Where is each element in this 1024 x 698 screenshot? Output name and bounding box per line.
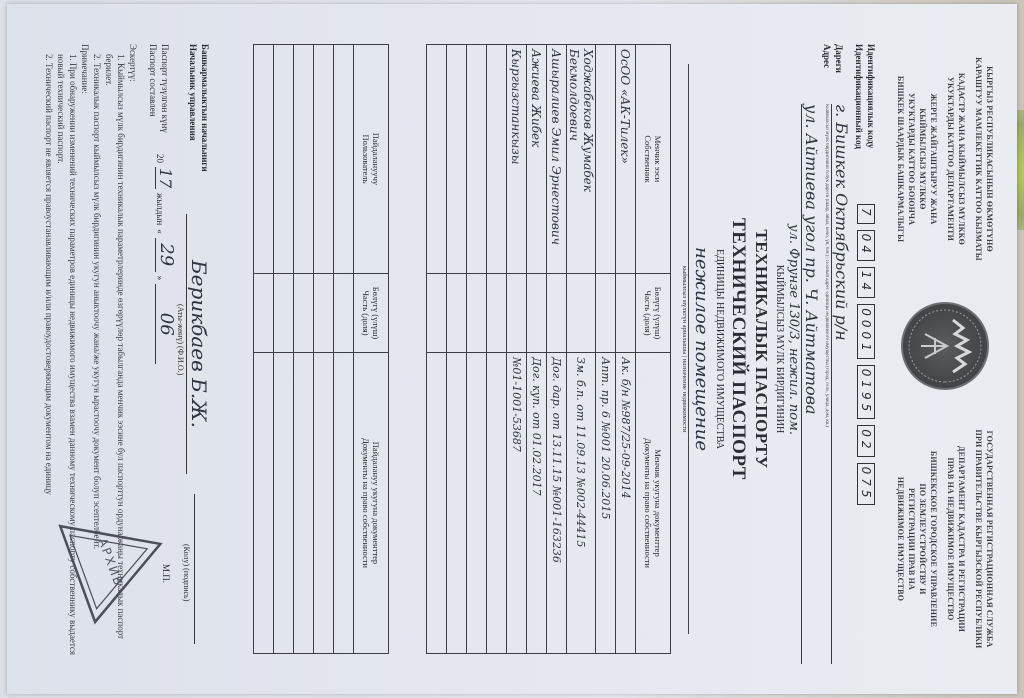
address-hint: Кыймылсыз мүлк бирдигинин толук дареги (… — [824, 104, 829, 664]
note-ru-2: 2. Технический паспорт не является право… — [43, 44, 55, 664]
owner-row: Ажиева ЖибекДог. куп. от 01.02.2017 — [527, 45, 547, 654]
cell-owner — [447, 45, 467, 274]
owner-row — [447, 45, 467, 654]
cell-doc — [294, 353, 314, 654]
cell-share — [547, 274, 567, 353]
col-share: Бөлүгү (үлүш) Часть (доля) — [636, 274, 671, 353]
owners-table: Менчик ээси Собственник Бөлүгү (үлүш) Ча… — [426, 44, 671, 654]
id-code-label: Идентификациялык коду Идентификационный … — [853, 44, 877, 149]
cell-share — [274, 274, 294, 353]
cell-doc: Зм. б.п. от 11.09.13 №002-44415 — [567, 353, 596, 654]
owner-row — [467, 45, 487, 654]
cell-user — [314, 45, 334, 274]
passport-date-label-ru: Паспорт составлен — [147, 44, 159, 133]
cell-owner: Кыргызстанкызы — [507, 45, 527, 274]
user-row — [274, 45, 294, 654]
address-label: Дареги Адрес — [821, 44, 845, 73]
users-table: Пайдалануучу Пользователь Бөлүгү (үлүш) … — [253, 44, 389, 654]
owner-row: Кыргызстанкызы№01-1001-53687 — [507, 45, 527, 654]
cell-share — [334, 274, 354, 353]
address-label-ru: Адрес — [821, 44, 833, 73]
cell-doc: №01-1001-53687 — [507, 353, 527, 654]
title-pre-ky: КЫЙМЫЛСЫЗ МҮЛК БИРДИГИНИН — [774, 4, 785, 694]
cell-owner — [596, 45, 616, 274]
cell-doc — [467, 353, 487, 654]
passport-date: 20 17 жылдын « 29 » 06 — [155, 154, 177, 364]
header-line: ПО ЗЕМЛЕУСТРОЙСТВУ И — [917, 414, 928, 664]
header-russian: ГОСУДАРСТВЕННАЯ РЕГИСТРАЦИОННАЯ СЛУЖБА П… — [895, 414, 995, 664]
user-row — [294, 45, 314, 654]
technical-passport-sheet: КЫРГЫЗ РЕСПУБЛИКАСЫНЫН ӨКМӨТҮНӨ КАРАШТУУ… — [7, 4, 1017, 694]
header-line: УКУКТАРДЫ КАТТОО ДЕПАРТАМЕНТИ — [945, 44, 956, 274]
owner-row — [427, 45, 447, 654]
users-table-header: Пайдалануучу Пользователь Бөлүгү (үлүш) … — [354, 45, 389, 654]
cell-doc — [334, 353, 354, 654]
header-line: КЫЙМЫЛСЫЗ МҮЛККӨ — [917, 44, 928, 274]
header-line: ДЕПАРТАМЕНТ КАДАСТРА И РЕГИСТРАЦИИ — [956, 414, 967, 664]
cell-doc — [447, 353, 467, 654]
cell-user — [294, 45, 314, 274]
cell-owner: ОсОО «АК-Тилек» — [616, 45, 636, 274]
header-line: ПРИ ПРАВИТЕЛЬСТВЕ КЫРГЫЗСКОЙ РЕСПУБЛИКИ — [973, 414, 984, 664]
cell-user — [274, 45, 294, 274]
cell-doc — [314, 353, 334, 654]
passport-date-label-ky: Паспорт түзүлгөн күнү — [159, 44, 171, 133]
id-code-group: 7 — [857, 204, 875, 224]
purpose-value: нежилое помещение — [691, 4, 712, 694]
year-prefix: 20 — [155, 154, 165, 163]
cell-owner: Ходжабеков Жумабек Бекмолдоевич — [567, 45, 596, 274]
id-code-group: 14 — [857, 267, 875, 298]
cell-user — [334, 45, 354, 274]
owner-row — [487, 45, 507, 654]
passport-year: 17 — [155, 167, 175, 189]
passport-day: 29 — [155, 238, 177, 272]
header-line: НЕДВИЖИМОЕ ИМУЩЕСТВО — [895, 414, 906, 664]
cell-owner — [427, 45, 447, 274]
chief-label-ky: Башкармалыктын начальниги — [199, 44, 211, 172]
cell-share — [527, 274, 547, 353]
signature-line — [194, 494, 195, 644]
chief-name: Берикбаев Б.Ж. — [186, 214, 211, 474]
cell-share — [294, 274, 314, 353]
header-line: ПРАВ НА НЕДВИЖИМОЕ ИМУЩЕСТВО — [945, 414, 956, 664]
cell-owner — [467, 45, 487, 274]
address-line-2: ул. Айтиева угол пр. Ч. Айтматова — [801, 104, 821, 664]
title-ky: ТЕХНИКАЛЫК ПАСПОРТУ — [751, 4, 771, 694]
coat-of-arms-emblem — [901, 302, 989, 390]
header-line: БИШКЕК ШААРДЫК БАШКАРМАЛЫГЫ — [895, 44, 906, 274]
header-line: ГОСУДАРСТВЕННАЯ РЕГИСТРАЦИОННАЯ СЛУЖБА — [984, 414, 995, 664]
header-line: КАДАСТР ЖАНА КЫЙМЫЛСЫЗ МҮЛККӨ — [956, 44, 967, 274]
id-code-boxes: 7 04 14 0001 0195 02 075 — [857, 204, 875, 505]
address-label-ky: Дареги — [833, 44, 845, 73]
cell-share — [567, 274, 596, 353]
id-code-label-ky: Идентификациялык коду — [865, 44, 877, 149]
cell-doc: Дог. куп. от 01.02.2017 — [527, 353, 547, 654]
address-line-1: г. Бишкек Октябрьский р/н — [831, 104, 851, 664]
cell-share — [596, 274, 616, 353]
cell-doc — [427, 353, 447, 654]
chief-label-ru: Начальник управления — [187, 44, 199, 172]
id-code-group: 075 — [857, 463, 875, 506]
id-code-label-ru: Идентификационный код — [853, 44, 865, 149]
cell-doc: Дог. дар. от 13.11.15 №001-163236 — [547, 353, 567, 654]
user-row — [334, 45, 354, 654]
header-line: УКУКТАРДЫ КАТТОО БОЮНЧА — [906, 44, 917, 274]
chief-label: Башкармалыктын начальниги Начальник упра… — [187, 44, 211, 172]
owners-table-header: Менчик ээси Собственник Бөлүгү (үлүш) Ча… — [636, 45, 671, 654]
cell-share — [314, 274, 334, 353]
header-kyrgyz: КЫРГЫЗ РЕСПУБЛИКАСЫНЫН ӨКМӨТҮНӨ КАРАШТУУ… — [895, 44, 995, 274]
header-line: РЕГИСТРАЦИИ ПРАВ НА — [906, 414, 917, 664]
cell-share — [447, 274, 467, 353]
cell-doc — [487, 353, 507, 654]
id-code-group: 02 — [857, 425, 875, 456]
address-line-3: ул. Фрунзе 130/3, нежил. пом. — [786, 224, 801, 664]
owner-row: Ходжабеков Жумабек БекмолдоевичЗм. б.п. … — [567, 45, 596, 654]
header-line: ЖЕРГЕ ЖАЙГАШТЫРУУ ЖАНА — [928, 44, 939, 274]
user-row — [314, 45, 334, 654]
user-row — [254, 45, 274, 654]
owner-row: Ашыралиев Эмил ЭрнестовичДог. дар. от 13… — [547, 45, 567, 654]
title-sub-ru: ЕДИНИЦЫ НЕДВИЖИМОГО ИМУЩЕСТВА — [714, 4, 725, 694]
id-code-group: 0195 — [857, 365, 875, 420]
cell-user — [254, 45, 274, 274]
col-share: Бөлүгү (үлүш) Часть (доля) — [354, 274, 389, 353]
cell-share — [427, 274, 447, 353]
purpose-label: кыймылсыз мүлктүн арналышы | назначение … — [681, 64, 689, 634]
cell-doc — [254, 353, 274, 654]
col-docs: Пайдалануу укугуна документтер Документы… — [354, 353, 389, 654]
title-ru: ТЕХНИЧЕСКИЙ ПАСПОРТ — [727, 4, 749, 694]
header-line: БИШКЕКСКОЕ ГОРОДСКОЕ УПРАВЛЕНИЕ — [928, 414, 939, 664]
cell-share — [487, 274, 507, 353]
header-line: КЫРГЫЗ РЕСПУБЛИКАСЫНЫН ӨКМӨТҮНӨ — [984, 44, 995, 274]
id-code-group: 0001 — [857, 304, 875, 359]
cell-owner: Ажиева Жибек — [527, 45, 547, 274]
signature-hint: (Колу) (подпись) — [182, 544, 191, 601]
cell-owner: Ашыралиев Эмил Эрнестович — [547, 45, 567, 274]
header-line: КАРАШТУУ МАМЛЕКЕТТИК КАТТОО КЫЗМАТЫ — [973, 44, 984, 274]
cell-share — [467, 274, 487, 353]
col-user: Пайдалануучу Пользователь — [354, 45, 389, 274]
passport-date-label: Паспорт түзүлгөн күнү Паспорт составлен — [147, 44, 171, 133]
cell-doc: Апт. пр. 6 №001 20.06.2015 — [596, 353, 616, 654]
cell-share — [254, 274, 274, 353]
owner-row: Апт. пр. 6 №001 20.06.2015 — [596, 45, 616, 654]
owner-row: ОсОО «АК-Тилек»Ак. б/н №987/25-09-2014 — [616, 45, 636, 654]
cell-doc: Ак. б/н №987/25-09-2014 — [616, 353, 636, 654]
col-docs: Менчик укугуна документтер Документы на … — [636, 353, 671, 654]
year-suffix: жылдын — [155, 193, 165, 225]
cell-doc — [274, 353, 294, 654]
col-owner: Менчик ээси Собственник — [636, 45, 671, 274]
chief-name-hint: (Аты-жөнү) (Ф.И.О.) — [176, 304, 185, 375]
cell-owner — [487, 45, 507, 274]
emblem-icon — [903, 304, 987, 388]
cell-share — [507, 274, 527, 353]
cell-share — [616, 274, 636, 353]
passport-month: 06 — [155, 284, 177, 364]
id-code-group: 04 — [857, 230, 875, 261]
